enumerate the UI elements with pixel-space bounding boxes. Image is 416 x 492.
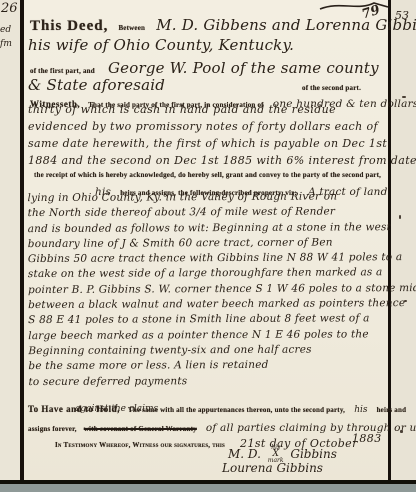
his-handwritten-2: his [354,405,367,415]
opening-line-3: of the first part, and George W. Pool of… [30,58,379,77]
grantors-residence: his wife of Ohio County, Kentucky. [28,36,294,54]
description-line: stake on the west side of a large thorou… [28,265,416,282]
description-line: and is bounded as follows to wit: Beginn… [28,220,416,237]
left-binding-rule [20,0,24,484]
first-part-label: of the first part, and [30,67,95,75]
second-part-label: of the second part. [302,84,361,92]
description-line: to secure deferred payments [28,372,416,389]
payment-terms-line: thirty of which is cash in hand paid and… [28,101,416,118]
description-line: large beech marked as a pointer thence N… [28,327,416,344]
habendum-body: The same with all the appurtenances ther… [128,406,345,414]
ink-speck [400,430,403,433]
heirs-and-label: heirs and [377,406,407,414]
ink-speck [404,300,407,302]
payment-terms-line: evidenced by two promissory notes of for… [28,118,416,135]
margin-note-2: fm [0,39,18,49]
scanned-deed-page: 26 ed fm 79 53 This Deed, Between M. D. … [0,0,416,492]
payment-terms-line: same date herewith, the first of which i… [28,135,416,152]
signature-grantor-2: Lourena Gibbins [222,461,323,475]
left-page-margin [0,0,20,484]
property-description: lying in Ohio County, Ky. in the Valley … [27,189,416,390]
interlined-correction: against the claims [75,404,158,414]
description-line: S 88 E 41 poles to a stone in Smith line… [28,311,416,328]
signature1-given: M. D. [228,447,261,461]
between-label: Between [118,24,145,32]
receipt-clause: the receipt of which is hereby acknowled… [34,171,381,179]
deed-year: 1883 [352,432,382,445]
testimony-label: In Testimony Whereof, Witness our signat… [55,441,225,449]
bottom-scan-band [0,484,416,492]
payment-terms: thirty of which is cash in hand paid and… [28,101,416,169]
margin-page-number: 26 [1,1,19,16]
grantors-names: M. D. Gibbens and Lorenna Gibbins [156,16,416,34]
payment-terms-line: 1884 and the second on Dec 1st 1885 with… [28,152,416,169]
ink-speck [399,215,401,219]
deed-title: This Deed, [30,18,108,34]
grantee-name: George W. Pool of the same county [108,59,379,77]
margin-note-1: ed [0,25,18,35]
ink-speck [402,96,406,98]
signature1-surname: Gibbins [290,447,337,461]
opening-line-1: This Deed, Between M. D. Gibbens and Lor… [30,15,416,35]
